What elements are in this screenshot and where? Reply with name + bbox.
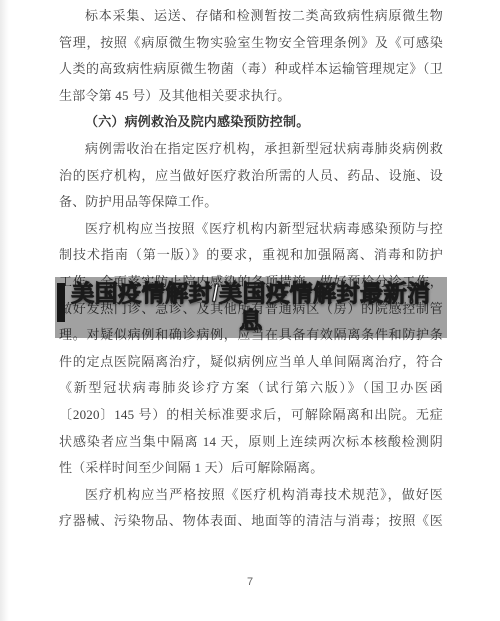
document-line: （六）病例救治及院内感染预防控制。 xyxy=(59,109,443,136)
paragraph: 医疗机构应当严格按照《医疗机构消毒技术规范》，做好医疗器械、污染物品、物体表面、… xyxy=(59,482,443,535)
overlay-title: 美国疫情解封/美国疫情解封最新消息 xyxy=(64,280,438,334)
document-body: 标本采集、运送、存储和检测暂按二类高致病性病原微生物管理，按照《病原微生物实验室… xyxy=(59,3,443,535)
page-number: 7 xyxy=(0,576,500,588)
paragraph: （六）病例救治及院内感染预防控制。 xyxy=(59,109,443,136)
document-line: 医疗机构应当按照《医疗机构内新型冠状病毒感染预防与控 xyxy=(59,216,443,243)
overlay-title-banner: 美国疫情解封/美国疫情解封最新消息 xyxy=(55,277,447,338)
document-line: 备、防护用品等保障工作。 xyxy=(59,189,443,216)
document-line: 人类的高致病性病原微生物菌（毒）种或样本运输管理规定》（卫 xyxy=(59,56,443,83)
document-line: 治的医疗机构，应当做好医疗救治所需的人员、药品、设施、设 xyxy=(59,163,443,190)
paragraph: 标本采集、运送、存储和检测暂按二类高致病性病原微生物管理，按照《病原微生物实验室… xyxy=(59,3,443,109)
document-line: 件的定点医院隔离治疗，疑似病例应当单人单间隔离治疗，符合 xyxy=(59,349,443,376)
document-line: 《新型冠状病毒肺炎诊疗方案（试行第六版）》（国卫办医函 xyxy=(59,375,443,402)
document-line: 状感染者应当集中隔离 14 天，原则上连续两次标本核酸检测阴 xyxy=(59,429,443,456)
document-line: 疗器械、污染物品、物体表面、地面等的清洁与消毒；按照《医 xyxy=(59,508,443,535)
title-marker-bar xyxy=(57,283,65,322)
paragraph: 病例需收治在指定医疗机构，承担新型冠状病毒肺炎病例救治的医疗机构，应当做好医疗救… xyxy=(59,136,443,216)
document-line: 〔2020〕145 号）的相关标准要求后，可解除隔离和出院。无症 xyxy=(59,402,443,429)
document-line: 生部令第 45 号）及其他相关要求执行。 xyxy=(59,83,443,110)
page-edge-shading xyxy=(0,0,9,621)
document-line: 标本采集、运送、存储和检测暂按二类高致病性病原微生物 xyxy=(59,3,443,30)
document-page: { "colors": { "page_background": "#fffff… xyxy=(0,0,500,621)
document-line: 病例需收治在指定医疗机构，承担新型冠状病毒肺炎病例救 xyxy=(59,136,443,163)
paragraph: 医疗机构应当按照《医疗机构内新型冠状病毒感染预防与控制技术指南（第一版）》的要求… xyxy=(59,216,443,482)
document-line: 医疗机构应当严格按照《医疗机构消毒技术规范》，做好医 xyxy=(59,482,443,509)
document-line: 性（采样时间至少间隔 1 天）后可解除隔离。 xyxy=(59,455,443,482)
document-line: 制技术指南（第一版）》的要求，重视和加强隔离、消毒和防护 xyxy=(59,242,443,269)
document-line: 管理，按照《病原微生物实验室生物安全管理条例》及《可感染 xyxy=(59,30,443,57)
